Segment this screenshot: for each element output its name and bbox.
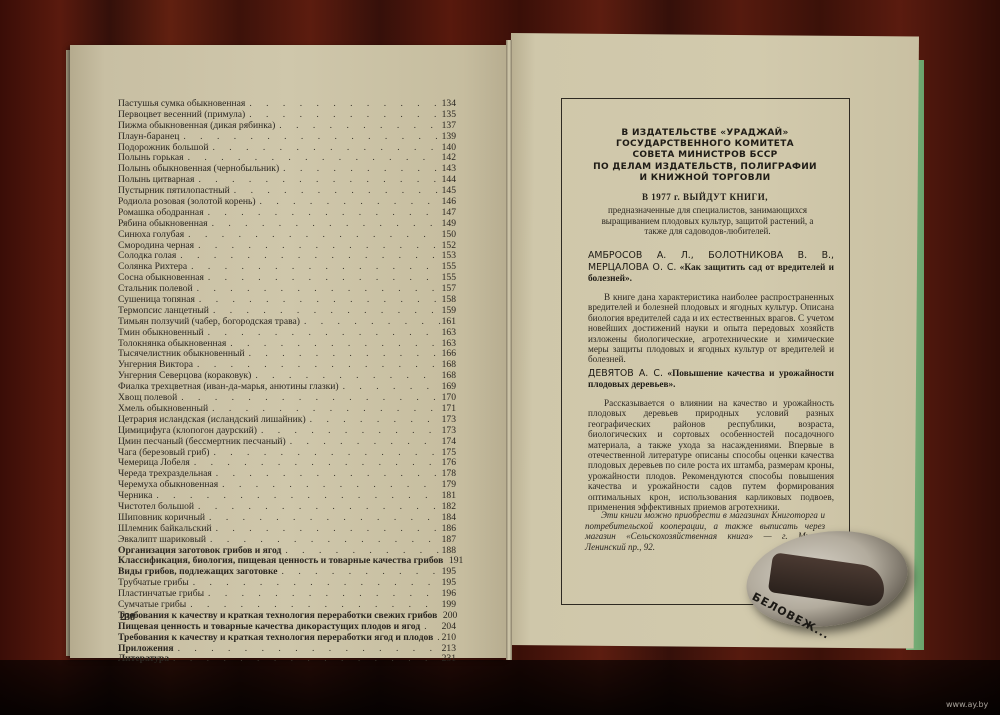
toc-entry-title: Плаун-баранец bbox=[118, 132, 179, 143]
toc-entry: Черемуха обыкновенная. . . . . . . . . .… bbox=[118, 480, 456, 491]
table-shadow bbox=[0, 660, 1000, 715]
toc-leader-dots: . . . . . . . . . . . . . . . . . . . . … bbox=[169, 654, 440, 665]
toc-entry-page: 187 bbox=[440, 535, 456, 546]
table-of-contents: Пастушья сумка обыкновенная. . . . . . .… bbox=[118, 99, 456, 665]
toc-entry-page: 173 bbox=[440, 426, 456, 437]
toc-entry-title: Тмин обыкновенный bbox=[118, 328, 204, 339]
toc-entry-page: 139 bbox=[440, 132, 456, 143]
toc-leader-dots: . . . . . . . . . . . . . . . . . . . . … bbox=[205, 513, 440, 524]
toc-entry-title: Шлемник байкальский bbox=[118, 524, 212, 535]
publisher-header: В ИЗДАТЕЛЬСТВЕ «УРАДЖАЙ»ГОСУДАРСТВЕННОГО… bbox=[575, 128, 835, 184]
watermark: www.ay.by bbox=[946, 700, 988, 709]
toc-leader-dots: . . . . . . . . . . . . . . . . . . . . … bbox=[218, 480, 440, 491]
toc-entry: Синюха голубая. . . . . . . . . . . . . … bbox=[118, 230, 456, 241]
toc-leader-dots: . . . . . . . . . . . . . . . . . . . . … bbox=[176, 251, 440, 262]
toc-leader-dots: . . . . . . . . . . . . . . . . . . . . … bbox=[204, 328, 440, 339]
book-2-description: Рассказывается о влиянии на качество и у… bbox=[588, 398, 834, 512]
toc-leader-dots: . . . . . . . . . . . . . . . . . . . . … bbox=[279, 164, 440, 175]
book-1-heading: АМБРОСОВ А. Л., БОЛОТНИКОВА В. В., МЕРЦА… bbox=[588, 250, 834, 285]
toc-entry-page: 163 bbox=[440, 328, 456, 339]
toc-leader-dots: . . . . . . . . . . . . . . . . . . . . … bbox=[212, 524, 440, 535]
toc-entry: Тмин обыкновенный. . . . . . . . . . . .… bbox=[118, 328, 456, 339]
toc-leader-dots: . . . . . . . . . . . . . . . . . . . . … bbox=[286, 437, 440, 448]
toc-entry-title: Эвкалипт шариковый bbox=[118, 535, 206, 546]
toc-leader-dots: . . . . . . . . . . . . . . . . . . . . … bbox=[194, 502, 440, 513]
toc-entry-title: Синюха голубая bbox=[118, 230, 184, 241]
toc-entry: Пищевая ценность и товарные качества дик… bbox=[118, 622, 456, 633]
book-2-heading: ДЕВЯТОВ А. С. «Повышение качества и урож… bbox=[588, 368, 834, 391]
publisher-header-line: В ИЗДАТЕЛЬСТВЕ «УРАДЖАЙ» bbox=[575, 128, 835, 139]
publisher-header-line: СОВЕТА МИНИСТРОВ БССР bbox=[575, 150, 835, 161]
toc-leader-dots: . . . . . . . . . . . . . . . . . . . . … bbox=[257, 426, 440, 437]
toc-leader-dots: . . . . . . . . . . . . . . . . . . . . … bbox=[245, 349, 440, 360]
publisher-header-line: ПО ДЕЛАМ ИЗДАТЕЛЬСТВ, ПОЛИГРАФИИ bbox=[575, 162, 835, 173]
toc-leader-dots: . . . . . . . . . . . . . . . . . . . . … bbox=[208, 219, 440, 230]
toc-leader-dots: . . . . . . . . . . . . . . . . . . . . … bbox=[278, 567, 440, 578]
toc-leader-dots: . . . . . . . . . . . . . . . . . . . . … bbox=[208, 143, 440, 154]
toc-leader-dots: . . . . . . . . . . . . . . . . . . . . … bbox=[184, 230, 440, 241]
toc-leader-dots: . . . . . . . . . . . . . . . . . . . . … bbox=[256, 197, 440, 208]
toc-entry: Цимицифуга (клопогон даурский). . . . . … bbox=[118, 426, 456, 437]
page-number: 238 bbox=[120, 612, 135, 623]
toc-entry: Литература. . . . . . . . . . . . . . . … bbox=[118, 654, 456, 665]
book-2-authors: ДЕВЯТОВ А. С. bbox=[588, 368, 663, 379]
toc-entry-title: Литература bbox=[118, 654, 169, 665]
toc-entry-title: Цимицифуга (клопогон даурский) bbox=[118, 426, 257, 437]
toc-entry: Эвкалипт шариковый. . . . . . . . . . . … bbox=[118, 535, 456, 546]
toc-entry-page: 174 bbox=[440, 437, 456, 448]
toc-entry-page: 186 bbox=[440, 524, 456, 535]
toc-entry: Плаун-баранец. . . . . . . . . . . . . .… bbox=[118, 132, 456, 143]
toc-leader-dots: . . . . . . . . . . . . . . . . . . . . … bbox=[190, 458, 440, 469]
toc-leader-dots: . . . . . . . . . . . . . . . . . . . . … bbox=[433, 633, 440, 644]
toc-entry-title: Цмин песчаный (бессмертник песчаный) bbox=[118, 437, 286, 448]
toc-leader-dots: . . . . . . . . . . . . . . . . . . . . … bbox=[275, 121, 440, 132]
toc-leader-dots: . . . . . . . . . . . . . . . . . . . . … bbox=[193, 284, 440, 295]
toc-leader-dots: . . . . . . . . . . . . . . . . . . . . … bbox=[230, 186, 440, 197]
toc-leader-dots: . . . . . . . . . . . . . . . . . . . . … bbox=[245, 99, 440, 110]
toc-leader-dots: . . . . . . . . . . . . . . . . . . . . … bbox=[152, 491, 440, 502]
toc-leader-dots: . . . . . . . . . . . . . . . . . . . . … bbox=[206, 535, 440, 546]
toc-leader-dots: . . . . . . . . . . . . . . . . . . . . … bbox=[194, 175, 440, 186]
publisher-header-line: ГОСУДАРСТВЕННОГО КОМИТЕТА bbox=[575, 139, 835, 150]
toc-leader-dots: . . . . . . . . . . . . . . . . . . . . … bbox=[226, 339, 440, 350]
toc-leader-dots: . . . . . . . . . . . . . . . . . . . . … bbox=[204, 589, 440, 600]
toc-leader-dots: . . . . . . . . . . . . . . . . . . . . … bbox=[300, 317, 440, 328]
toc-leader-dots: . . . . . . . . . . . . . . . . . . . . … bbox=[187, 262, 440, 273]
book-spine bbox=[506, 40, 512, 660]
toc-leader-dots: . . . . . . . . . . . . . . . . . . . . … bbox=[339, 382, 440, 393]
toc-leader-dots: . . . . . . . . . . . . . . . . . . . . … bbox=[189, 578, 440, 589]
toc-entry-page: 150 bbox=[440, 230, 456, 241]
toc-leader-dots: . . . . . . . . . . . . . . . . . . . . … bbox=[179, 132, 440, 143]
toc-entry: Шлемник байкальский. . . . . . . . . . .… bbox=[118, 524, 456, 535]
toc-leader-dots: . . . . . . . . . . . . . . . . . . . . … bbox=[174, 644, 440, 655]
toc-entry-page: 231 bbox=[440, 654, 456, 665]
publisher-header-line: И КНИЖНОЙ ТОРГОВЛИ bbox=[575, 173, 835, 184]
book-1-description: В книге дана характеристика наиболее рас… bbox=[588, 292, 834, 365]
toc-entry-page: 210 bbox=[440, 633, 456, 644]
announcement-intro: предназначенные для специалистов, занима… bbox=[590, 205, 825, 237]
toc-leader-dots: . . . . . . . . . . . . . . . . . . . . … bbox=[306, 415, 440, 426]
toc-leader-dots: . . . . . . . . . . . . . . . . . . . . … bbox=[204, 208, 440, 219]
toc-leader-dots: . . . . . . . . . . . . . . . . . . . . … bbox=[195, 295, 440, 306]
toc-leader-dots: . . . . . . . . . . . . . . . . . . . . … bbox=[194, 241, 440, 252]
toc-entry-title: Требования к качеству и краткая технолог… bbox=[118, 633, 433, 644]
toc-leader-dots: . . . . . . . . . . . . . . . . . . . . … bbox=[212, 469, 440, 480]
toc-leader-dots: . . . . . . . . . . . . . . . . . . . . … bbox=[204, 273, 440, 284]
toc-entry: Цмин песчаный (бессмертник песчаный). . … bbox=[118, 437, 456, 448]
announcement-subheader: В 1977 г. ВЫЙДУТ КНИГИ, bbox=[575, 192, 835, 202]
toc-entry: Требования к качеству и краткая технолог… bbox=[118, 633, 456, 644]
toc-leader-dots: . . . . . . . . . . . . . . . . . . . . … bbox=[177, 393, 440, 404]
toc-leader-dots: . . . . . . . . . . . . . . . . . . . . … bbox=[209, 448, 440, 459]
